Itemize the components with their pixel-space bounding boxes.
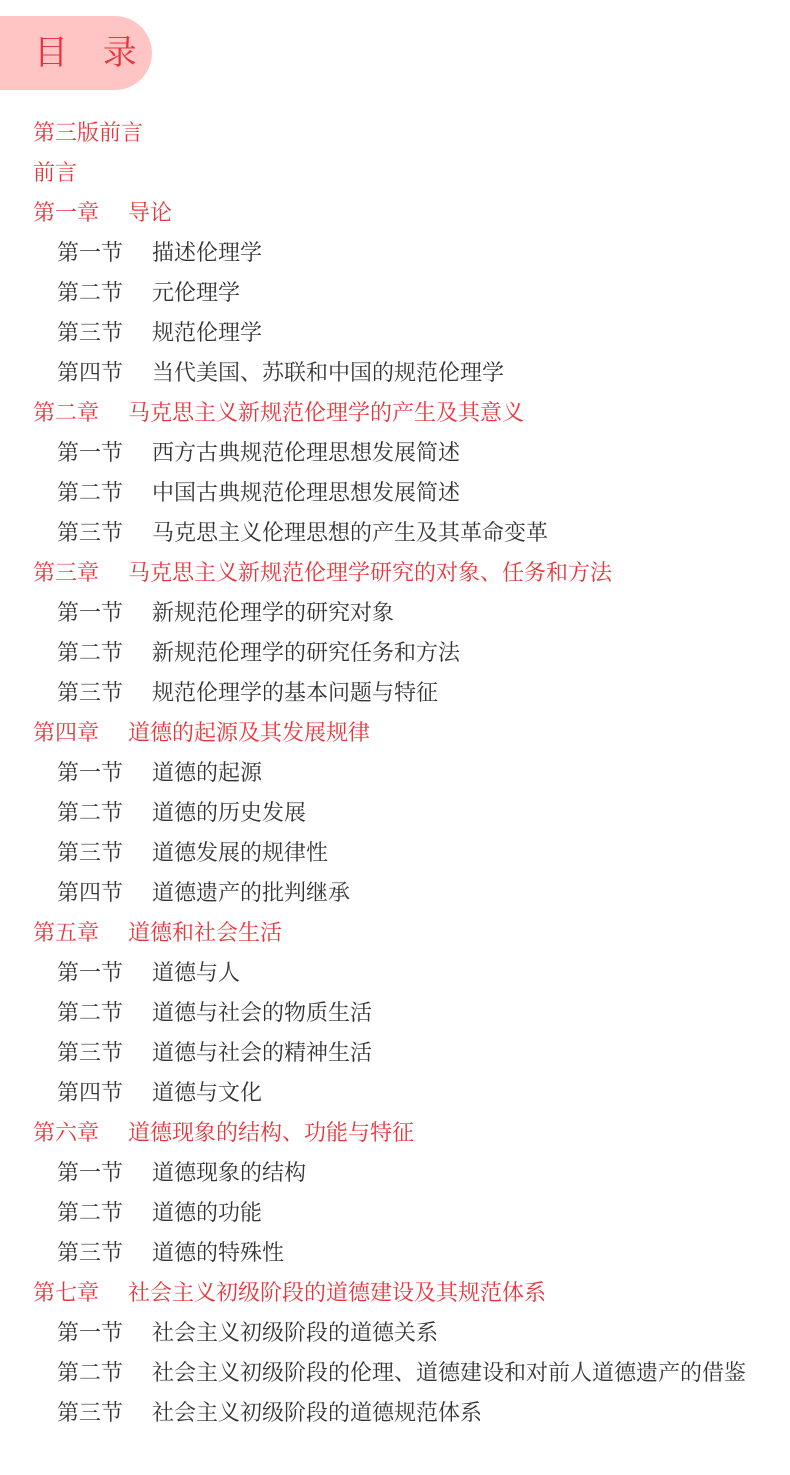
section-number: 第一节 — [57, 1314, 152, 1354]
section-number: 第二节 — [57, 794, 152, 834]
toc-header: 目 录 — [0, 16, 152, 90]
toc-section[interactable]: 第二节 新规范伦理学的研究任务和方法 — [0, 634, 790, 674]
section-title: 道德发展的规律性 — [152, 834, 328, 874]
section-number: 第一节 — [57, 434, 152, 474]
toc-section[interactable]: 第二节 道德的历史发展 — [0, 794, 790, 834]
chapter-title: 道德的起源及其发展规律 — [128, 714, 370, 754]
toc-section[interactable]: 第一节 新规范伦理学的研究对象 — [0, 594, 790, 634]
chapter-number: 第五章 — [33, 914, 128, 954]
section-number: 第三节 — [57, 314, 152, 354]
toc-section[interactable]: 第三节 道德与社会的精神生活 — [0, 1034, 790, 1074]
toc-section[interactable]: 第二节 社会主义初级阶段的伦理、道德建设和对前人道德遗产的借鉴 — [0, 1354, 790, 1394]
chapter-title: 马克思主义新规范伦理学的产生及其意义 — [128, 394, 524, 434]
toc-section[interactable]: 第三节 社会主义初级阶段的道德规范体系 — [0, 1394, 790, 1434]
chapter-number: 第四章 — [33, 714, 128, 754]
section-title: 元伦理学 — [152, 274, 240, 314]
toc-section[interactable]: 第三节 道德的特殊性 — [0, 1234, 790, 1274]
toc-section[interactable]: 第二节 元伦理学 — [0, 274, 790, 314]
toc-section[interactable]: 第一节 道德现象的结构 — [0, 1154, 790, 1194]
chapter-number: 第六章 — [33, 1114, 128, 1154]
section-title: 道德的功能 — [152, 1194, 262, 1234]
toc-section[interactable]: 第二节 中国古典规范伦理思想发展简述 — [0, 474, 790, 514]
chapter-title: 导论 — [128, 194, 172, 234]
section-title: 规范伦理学 — [152, 314, 262, 354]
section-number: 第一节 — [57, 954, 152, 994]
toc-section[interactable]: 第三节 道德发展的规律性 — [0, 834, 790, 874]
section-title: 道德与社会的物质生活 — [152, 994, 372, 1034]
section-title: 道德与社会的精神生活 — [152, 1034, 372, 1074]
toc-section[interactable]: 第四节 当代美国、苏联和中国的规范伦理学 — [0, 354, 790, 394]
section-title: 当代美国、苏联和中国的规范伦理学 — [152, 354, 504, 394]
toc-section[interactable]: 第三节 马克思主义伦理思想的产生及其革命变革 — [0, 514, 790, 554]
toc-chapter-preface[interactable]: 前言 — [0, 154, 790, 194]
toc-section[interactable]: 第二节 道德的功能 — [0, 1194, 790, 1234]
section-title: 描述伦理学 — [152, 234, 262, 274]
chapter-number: 第一章 — [33, 194, 128, 234]
section-number: 第三节 — [57, 514, 152, 554]
section-title: 道德的历史发展 — [152, 794, 306, 834]
toc-section[interactable]: 第一节 道德的起源 — [0, 754, 790, 794]
toc-chapter-6[interactable]: 第六章 道德现象的结构、功能与特征 — [0, 1114, 790, 1154]
toc-chapter-5[interactable]: 第五章 道德和社会生活 — [0, 914, 790, 954]
toc-item-label: 第三版前言 — [33, 114, 143, 154]
section-title: 社会主义初级阶段的道德规范体系 — [152, 1394, 482, 1434]
section-title: 道德的起源 — [152, 754, 262, 794]
section-number: 第二节 — [57, 634, 152, 674]
chapter-number: 第七章 — [33, 1274, 128, 1314]
chapter-title: 马克思主义新规范伦理学研究的对象、任务和方法 — [128, 554, 612, 594]
section-title: 社会主义初级阶段的伦理、道德建设和对前人道德遗产的借鉴 — [152, 1354, 746, 1394]
toc-item-label: 前言 — [33, 154, 77, 194]
toc-chapter-third-edition-preface[interactable]: 第三版前言 — [0, 114, 790, 154]
section-number: 第一节 — [57, 594, 152, 634]
section-title: 西方古典规范伦理思想发展简述 — [152, 434, 460, 474]
section-title: 社会主义初级阶段的道德关系 — [152, 1314, 438, 1354]
toc-section[interactable]: 第二节 道德与社会的物质生活 — [0, 994, 790, 1034]
toc-chapter-7[interactable]: 第七章 社会主义初级阶段的道德建设及其规范体系 — [0, 1274, 790, 1314]
section-number: 第二节 — [57, 1194, 152, 1234]
section-title: 道德的特殊性 — [152, 1234, 284, 1274]
section-number: 第一节 — [57, 234, 152, 274]
toc-chapter-4[interactable]: 第四章 道德的起源及其发展规律 — [0, 714, 790, 754]
chapter-number: 第三章 — [33, 554, 128, 594]
section-number: 第四节 — [57, 1074, 152, 1114]
toc-section[interactable]: 第一节 社会主义初级阶段的道德关系 — [0, 1314, 790, 1354]
section-title: 道德与人 — [152, 954, 240, 994]
section-number: 第二节 — [57, 274, 152, 314]
toc-list: 第三版前言 前言 第一章 导论 第一节 描述伦理学 第二节 元伦理学 第三节 规… — [0, 114, 790, 1434]
toc-section[interactable]: 第四节 道德遗产的批判继承 — [0, 874, 790, 914]
section-number: 第二节 — [57, 1354, 152, 1394]
section-title: 道德与文化 — [152, 1074, 262, 1114]
toc-section[interactable]: 第一节 西方古典规范伦理思想发展简述 — [0, 434, 790, 474]
section-title: 道德遗产的批判继承 — [152, 874, 350, 914]
section-number: 第三节 — [57, 1034, 152, 1074]
toc-title: 目 录 — [34, 36, 149, 70]
section-number: 第二节 — [57, 994, 152, 1034]
toc-section[interactable]: 第三节 规范伦理学 — [0, 314, 790, 354]
section-number: 第三节 — [57, 834, 152, 874]
section-title: 规范伦理学的基本问题与特征 — [152, 674, 438, 714]
section-title: 中国古典规范伦理思想发展简述 — [152, 474, 460, 514]
section-title: 马克思主义伦理思想的产生及其革命变革 — [152, 514, 548, 554]
section-number: 第四节 — [57, 874, 152, 914]
toc-section[interactable]: 第一节 道德与人 — [0, 954, 790, 994]
toc-section[interactable]: 第三节 规范伦理学的基本问题与特征 — [0, 674, 790, 714]
section-title: 新规范伦理学的研究任务和方法 — [152, 634, 460, 674]
chapter-number: 第二章 — [33, 394, 128, 434]
chapter-title: 道德和社会生活 — [128, 914, 282, 954]
chapter-title: 社会主义初级阶段的道德建设及其规范体系 — [128, 1274, 546, 1314]
toc-chapter-3[interactable]: 第三章 马克思主义新规范伦理学研究的对象、任务和方法 — [0, 554, 790, 594]
section-number: 第一节 — [57, 754, 152, 794]
section-number: 第三节 — [57, 674, 152, 714]
toc-chapter-1[interactable]: 第一章 导论 — [0, 194, 790, 234]
toc-section[interactable]: 第四节 道德与文化 — [0, 1074, 790, 1114]
chapter-title: 道德现象的结构、功能与特征 — [128, 1114, 414, 1154]
section-number: 第三节 — [57, 1234, 152, 1274]
toc-chapter-2[interactable]: 第二章 马克思主义新规范伦理学的产生及其意义 — [0, 394, 790, 434]
toc-section[interactable]: 第一节 描述伦理学 — [0, 234, 790, 274]
section-number: 第三节 — [57, 1394, 152, 1434]
section-number: 第四节 — [57, 354, 152, 394]
section-number: 第二节 — [57, 474, 152, 514]
section-number: 第一节 — [57, 1154, 152, 1194]
section-title: 新规范伦理学的研究对象 — [152, 594, 394, 634]
section-title: 道德现象的结构 — [152, 1154, 306, 1194]
